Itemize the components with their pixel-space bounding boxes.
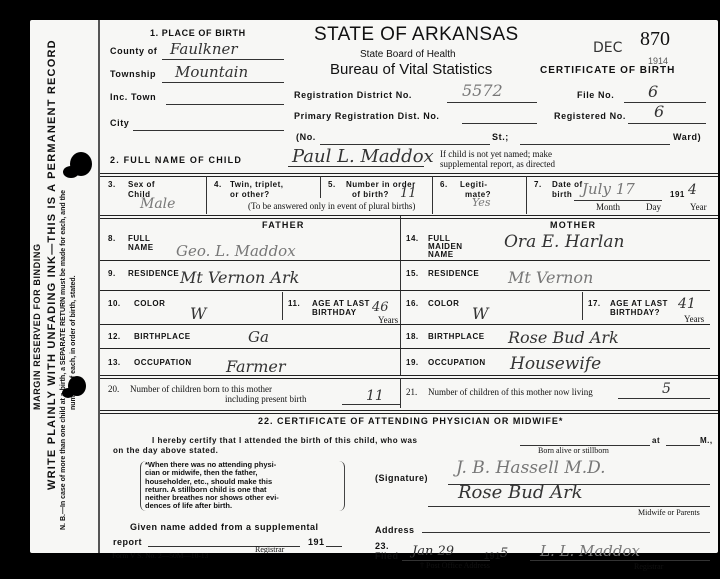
mother-occupation-value: Housewife [510, 354, 601, 374]
township-value: Mountain [175, 63, 248, 81]
bureau-title: Bureau of Vital Statistics [330, 61, 492, 78]
born-alive-label: Born alive or stillborn [538, 446, 609, 455]
not-named-note-1: If child is not yet named; make [440, 149, 552, 159]
mother-age-label: AGE AT LAST [610, 299, 668, 308]
father-name-label: FULL [128, 234, 150, 243]
margin-binding: MARGIN RESERVED FOR BINDING [32, 243, 42, 410]
legitimate-value: Yes [472, 196, 490, 209]
plural-births-note: (To be answered only in event of plural … [248, 201, 415, 211]
place-of-birth-heading: 1. PLACE OF BIRTH [150, 28, 246, 38]
father-birthplace-value: Ga [248, 328, 269, 346]
city-label: City [110, 118, 129, 128]
filed-date-value: Jan 29 [412, 544, 454, 559]
father-residence-label: RESIDENCE [128, 269, 179, 278]
state-title: STATE OF ARKANSAS [314, 24, 519, 46]
registered-number-value: 6 [654, 102, 664, 121]
physician-address: Rose Bud Ark [458, 482, 583, 503]
registration-district-label: Registration District No. [294, 90, 412, 100]
birth-order-value: 11 [400, 186, 417, 201]
mother-age-value: 41 [678, 296, 696, 312]
address-label: Address [375, 526, 415, 535]
certify-statement: I hereby certify that I attended the bir… [152, 436, 417, 445]
certificate-number-stamp: 870 [640, 28, 670, 51]
street-number-label: (No. [296, 132, 316, 142]
file-number-value: 6 [648, 82, 658, 101]
county-label: County of [110, 46, 157, 56]
not-named-note-2: supplemental report, as directed [440, 159, 555, 169]
mother-birthplace-value: Rose Bud Ark [508, 328, 619, 347]
date-of-birth-year: 4 [688, 182, 697, 198]
date-of-birth-label: Date of [552, 180, 583, 189]
father-age-label: AGE AT LAST [312, 299, 370, 308]
mother-occupation-label: OCCUPATION [428, 358, 486, 367]
ward-label: Ward) [673, 132, 701, 142]
township-label: Township [110, 69, 156, 79]
children-born-value: 11 [366, 388, 384, 404]
father-color-value: W [190, 304, 206, 323]
supplemental-label: Given name added from a supplemental [130, 523, 319, 532]
sex-value: Male [140, 196, 175, 212]
father-occupation-value: Farmer [226, 357, 286, 376]
certificate-title: CERTIFICATE OF BIRTH [540, 65, 675, 76]
filed-label: Filed [375, 552, 399, 561]
registration-district-value: 5572 [462, 81, 503, 100]
mother-color-value: W [472, 304, 488, 323]
ink-blot [62, 388, 74, 398]
mother-heading: MOTHER [550, 220, 596, 230]
father-heading: FATHER [262, 220, 305, 230]
physician-signature: J. B. Hassell M.D. [456, 458, 606, 478]
children-living-label: Number of children of this mother now li… [428, 387, 593, 397]
received-stamp-month: DEC [593, 40, 622, 56]
twin-label: Twin, triplet, [230, 180, 284, 189]
primary-registration-label: Primary Registration Dist. No. [294, 111, 440, 121]
mother-name-value: Ora E. Harlan [504, 232, 624, 252]
margin-instruction: WRITE PLAINLY WITH UNFADING INK—THIS IS … [46, 39, 58, 490]
father-color-label: COLOR [134, 299, 165, 308]
legitimate-label: Legiti- [460, 180, 488, 189]
margin-note-1: N. B.—In case of more than one child at … [60, 190, 67, 530]
mother-residence-label: RESIDENCE [428, 269, 479, 278]
child-name-value: Paul L. Maddox [292, 146, 434, 167]
child-name-label: 2. FULL NAME OF CHILD [110, 155, 242, 165]
board-title: State Board of Health [360, 49, 456, 60]
binding-margin-line [98, 20, 100, 553]
registered-number-label: Registered No. [554, 111, 626, 121]
father-age-value: 46 [372, 300, 389, 315]
father-name-value: Geo. L. Maddox [176, 242, 296, 260]
post-office-label: † Post Office Address [420, 561, 490, 570]
mother-color-label: COLOR [428, 299, 459, 308]
street-label: St.; [492, 132, 509, 142]
father-occupation-label: OCCUPATION [134, 358, 192, 367]
attending-certificate-heading: 22. CERTIFICATE OF ATTENDING PHYSICIAN O… [258, 416, 563, 426]
ink-blot [63, 166, 79, 178]
children-born-label: Number of children born to this mother [130, 384, 272, 394]
registrar-label-left: Registrar [255, 545, 284, 554]
mother-residence-value: Mt Vernon [508, 268, 593, 287]
form-number: Form V S. No. 2—50M—10-13 [112, 551, 208, 560]
filed-year-value: 5 [500, 546, 508, 561]
father-residence-value: Mt Vernon Ark [180, 268, 299, 287]
date-of-birth-value: July 17 [582, 180, 635, 198]
children-living-value: 5 [662, 381, 671, 397]
registrar-signature: L. L. Maddox [540, 542, 640, 560]
inc-town-label: Inc. Town [110, 92, 156, 102]
signature-label: (Signature) [375, 474, 428, 483]
midwife-parents-label: Midwife or Parents [638, 508, 700, 517]
sex-label: Sex of [128, 180, 155, 189]
stillborn-footnote: *When there was no attending physi- cian… [140, 461, 345, 511]
registrar-label-right: Registrar [634, 562, 663, 571]
birth-certificate: WRITE PLAINLY WITH UNFADING INK—THIS IS … [30, 20, 718, 553]
father-birthplace-label: BIRTHPLACE [134, 332, 191, 341]
file-number-label: File No. [577, 90, 614, 100]
mother-birthplace-label: BIRTHPLACE [428, 332, 485, 341]
county-value: Faulkner [170, 40, 238, 58]
report-label: report [113, 538, 142, 547]
